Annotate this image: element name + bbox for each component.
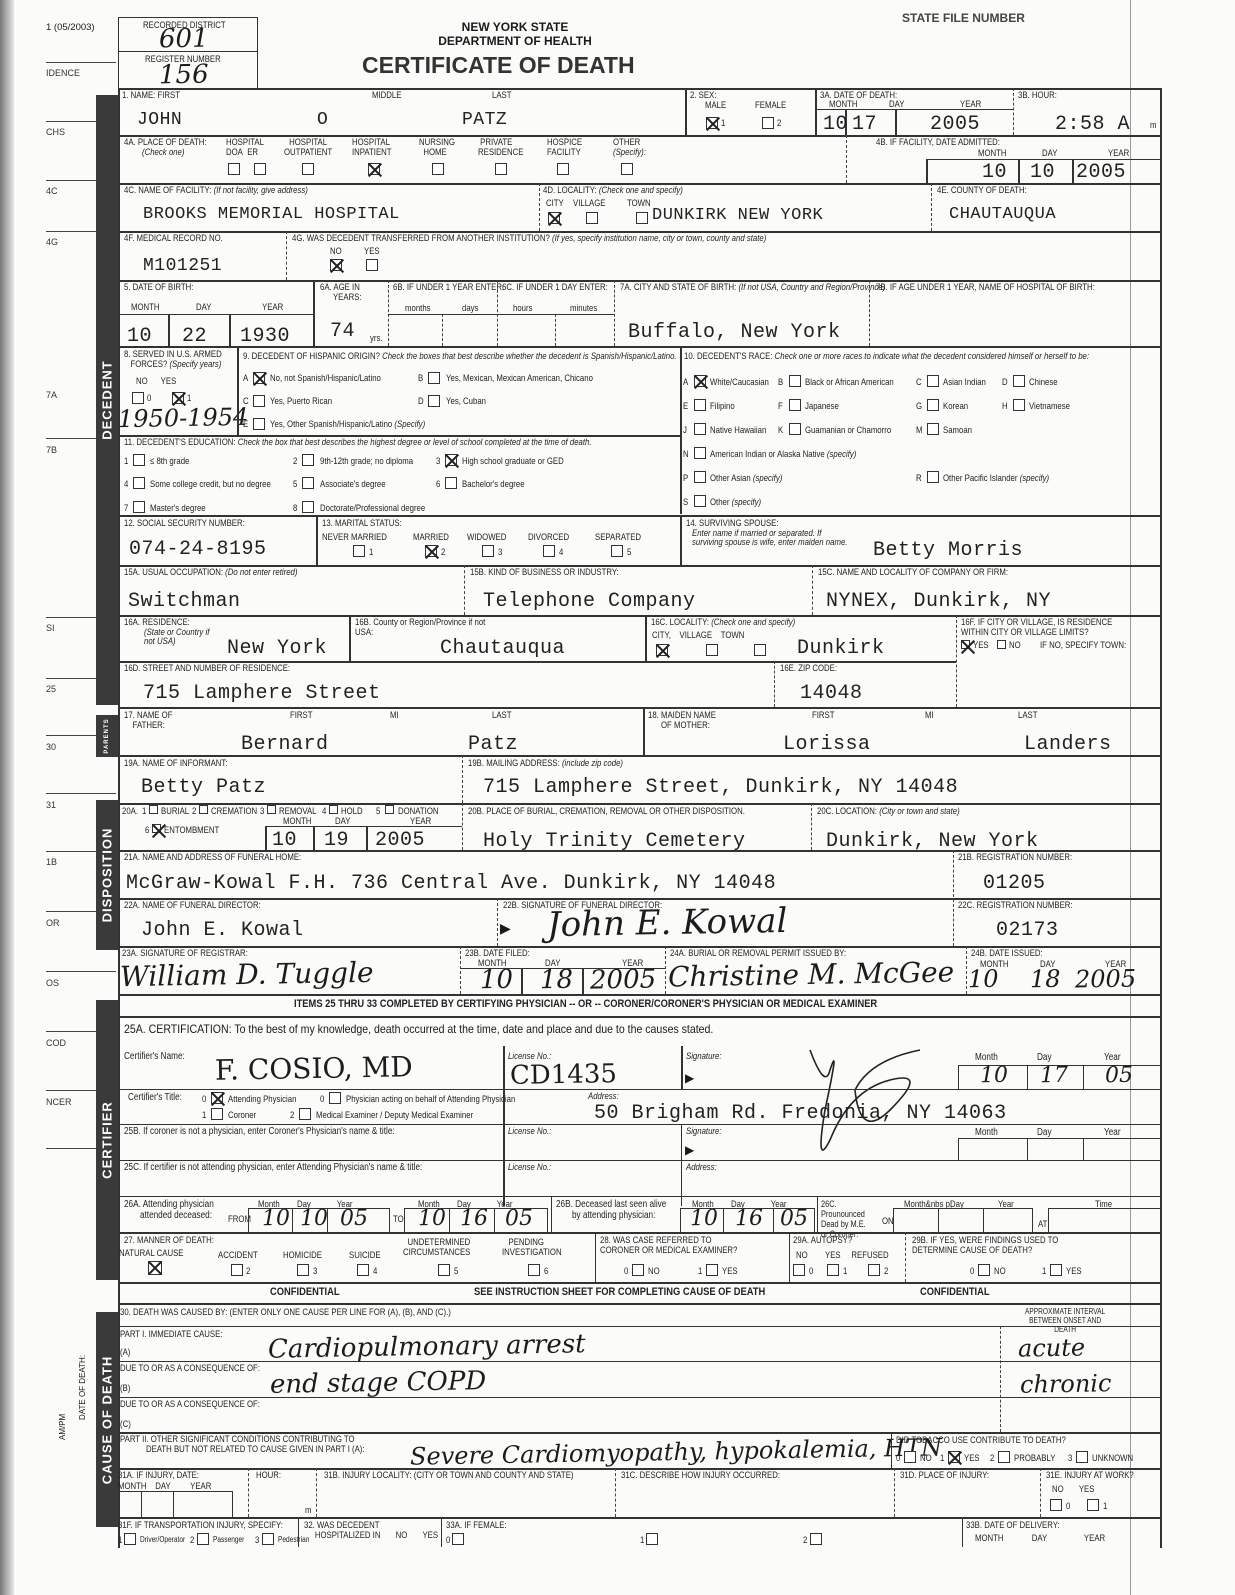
attended-from-month: 10 [262,1206,290,1231]
margin-label: NCER [46,1097,72,1107]
divider [723,1208,724,1232]
race-e-checkbox[interactable] [694,399,706,411]
row-divider [118,1016,1161,1018]
race-k-checkbox[interactable] [789,423,801,435]
margin-label: OR [46,918,60,928]
margin-rule [46,62,116,63]
informant-value: Betty Patz [141,776,266,799]
sign-date-year: 05 [1105,1063,1133,1088]
divider [614,280,615,346]
attended-from-day: 10 [300,1206,328,1231]
manner-suicide-label: SUICIDE [349,1250,381,1261]
divider [464,565,465,615]
female-pregnant-checkbox[interactable] [646,1533,658,1545]
row-divider [118,1517,1161,1519]
margin-label: 25 [46,684,56,694]
hispanic-label: 9. DECEDENT OF HISPANIC ORIGIN? Check th… [243,352,677,362]
date-of-death-day: 17 [852,113,877,136]
place-er-checkbox[interactable] [254,163,266,175]
education-2-checkbox[interactable] [302,454,314,466]
address-label: Address: [686,1162,717,1173]
place-other-checkbox[interactable] [621,163,633,175]
education-8-checkbox[interactable] [302,501,314,513]
divider [895,109,897,135]
divider [891,1432,892,1468]
disposition-year: 2005 [375,829,425,852]
sign-date-day: 17 [1040,1063,1068,1088]
disposition-removal-checkbox[interactable] [267,805,276,814]
divider [316,515,318,565]
divider [938,1208,939,1232]
name-middle-value: O [317,110,328,130]
residence-town-checkbox[interactable] [754,644,766,656]
title-attending-checkbox[interactable] [211,1092,223,1104]
form-right-border [1160,88,1162,1548]
divider [462,803,463,850]
certifier-address-value: 50 Brigham Rd. Fredonia, NY 14063 [594,1102,1007,1125]
under-1-day-label: 6C. IF UNDER 1 DAY ENTER: [502,283,608,293]
confidential-left: CONFIDENTIAL [270,1286,340,1298]
signature-arrow-icon: ▶ [685,1071,694,1085]
race-r-checkbox[interactable] [927,471,939,483]
registration-22c-label: 22C. REGISTRATION NUMBER: [958,901,1073,911]
margin-label: SI [46,623,55,633]
education-6-checkbox[interactable] [445,477,457,489]
referred-label: 28. WAS CASE REFERRED TO CORONER OR MEDI… [600,1236,752,1256]
row-divider [118,1326,1161,1327]
date-filed-day: 18 [540,965,574,996]
row-divider [118,1196,1161,1197]
margin-label: 30 [46,742,56,752]
race-f-checkbox[interactable] [789,399,801,411]
disposition-donation-checkbox[interactable] [385,805,394,814]
injury-work-yes-checkbox[interactable] [1087,1499,1099,1511]
cause-b-value: end stage COPD [270,1366,487,1400]
transport-driver-checkbox[interactable] [124,1533,136,1545]
divider [926,159,1161,160]
form-code: 1 (05/2003) [46,22,95,33]
dob-year: 1930 [240,325,290,348]
page-edge-line [1130,0,1131,1595]
education-4-checkbox[interactable] [133,477,145,489]
father-first-label: FIRST [290,711,313,721]
ampm-margin-label: AM/PM [58,1414,67,1440]
date-of-death-margin-label: DATE OF DEATH: [78,1355,87,1420]
findings-yes-checkbox[interactable] [1050,1264,1062,1276]
date-issued-label: 24B. DATE ISSUED: [971,949,1043,959]
divider [366,826,368,850]
birth-hospital-label: 7B. IF AGE UNDER 1 YEAR, NAME OF HOSPITA… [876,283,1095,293]
divider [1027,1138,1028,1161]
row-divider [118,1232,1161,1234]
race-label: 10. DECEDENT'S RACE: Check one or more r… [684,352,1089,362]
agency-header: NEW YORK STATE DEPARTMENT OF HEALTH [400,20,630,48]
cause-a-value: Cardiopulmonary arrest [268,1329,586,1365]
ssn-value: 074-24-8195 [129,538,267,561]
divider [292,1208,293,1232]
row-divider [118,1089,1161,1090]
female-not-pregnant-checkbox[interactable] [452,1533,464,1545]
education-5-checkbox[interactable] [302,477,314,489]
divider [497,898,498,946]
days-label: days [462,303,478,314]
certifier-name-value: F. COSIO, MD [215,1050,413,1086]
residence-hint: (State or Country if not USA) [144,628,210,646]
medical-record-label: 4F. MEDICAL RECORD NO. [124,234,223,244]
divider [551,1196,552,1232]
manner-suicide-checkbox[interactable] [357,1264,369,1276]
certification-statement: 25A. CERTIFICATION: To the best of my kn… [124,1022,713,1036]
place-hospital-outpatient-checkbox[interactable] [302,163,314,175]
locality-label: 4D. LOCALITY: (Check one and specify) [543,186,683,196]
disposition-place-label: 20B. PLACE OF BURIAL, CREMATION, REMOVAL… [468,807,745,817]
divider [521,968,523,994]
section-label: DECEDENT [100,360,115,440]
page-title: CERTIFICATE OF DEATH [362,52,635,79]
race-j-checkbox[interactable] [694,423,706,435]
marital-widowed-checkbox[interactable] [482,545,494,557]
divider [894,1468,895,1517]
locality-town-label: TOWN [627,198,651,209]
tobacco-no-checkbox[interactable] [904,1451,916,1463]
hispanic-a-checkbox[interactable] [253,372,265,384]
race-d-checkbox[interactable] [1013,375,1025,387]
disposition-day: 19 [324,829,349,852]
date-admitted-year: 2005 [1076,161,1126,184]
divider [388,280,389,346]
hispanic-b-checkbox[interactable] [428,372,440,384]
company-label: 15C. NAME AND LOCALITY OF COMPANY OR FIR… [818,568,1008,578]
transferred-no-checkbox[interactable] [330,259,342,271]
locality-town-checkbox[interactable] [636,212,648,224]
date-issued-year: 2005 [1075,964,1137,993]
marital-separated-checkbox[interactable] [611,545,623,557]
father-label: 17. NAME OF FATHER: [124,711,172,731]
name-last-value: PATZ [462,110,507,130]
day-label: Day [1037,1053,1052,1063]
divider [811,803,812,850]
director-value: John E. Kowal [141,919,304,942]
minutes-label: minutes [570,303,597,314]
locality-village-label: VILLAGE [573,198,605,209]
section-tab-parents: PARENTS [96,715,118,757]
divider [774,661,775,707]
date-filed-year: 2005 [590,964,657,995]
mother-first-value: Lorissa [783,733,871,756]
marital-never-checkbox[interactable] [353,545,365,557]
injury-locality-label: 31B. INJURY LOCALITY: (City or town and … [324,1471,573,1481]
agency-line-1: NEW YORK STATE [400,20,630,34]
transport-pedestrian-checkbox[interactable] [262,1533,274,1545]
divider [582,968,584,994]
transport-passenger-checkbox[interactable] [197,1533,209,1545]
date-filed-month: 10 [480,965,514,996]
city-limits-no-label: NO [1009,640,1021,651]
under-1-year-label: 6B. IF UNDER 1 YEAR ENTER: [393,283,504,293]
sex-male-checkbox[interactable] [706,117,718,129]
female-postpartum-checkbox[interactable] [810,1533,822,1545]
residence-county-value: Chautauqua [440,637,565,660]
row-divider [118,515,1161,517]
mother-last-value: Landers [1024,733,1112,756]
register-number-box: REGISTER NUMBER 156 [118,52,258,90]
divider [1083,1138,1084,1161]
transferred-yes-checkbox[interactable] [366,259,378,271]
marital-married-label: MARRIED [413,532,449,543]
city-limits-label: 16F. IF CITY OR VILLAGE, IS RESIDENCE WI… [961,618,1117,638]
month-label: MONTH [131,303,160,313]
divider [956,615,957,707]
row-divider [118,707,1161,709]
divider [173,1491,174,1517]
autopsy-refused-checkbox[interactable] [868,1264,880,1276]
attended-from-year: 05 [340,1206,368,1231]
divider [229,314,231,346]
divider [926,159,928,183]
armed-forces-yes-checkbox[interactable] [172,392,184,404]
dob-day: 22 [182,325,207,348]
part1-label: PART I. IMMEDIATE CAUSE: [120,1330,222,1340]
certifier-address-label: Address: [588,1091,619,1102]
date-of-death-year: 2005 [930,113,980,136]
cause-a-label: (A) [120,1347,130,1358]
margin-label: OS [46,978,59,988]
informant-label: 19A. NAME OF INFORMANT: [124,759,227,769]
place-hospice-facility-checkbox[interactable] [557,163,569,175]
tobacco-unknown-checkbox[interactable] [1076,1451,1088,1463]
divider [141,1491,142,1517]
last-seen-label: 26B. Deceased last seen alive by attendi… [556,1199,666,1221]
hispanic-e-checkbox[interactable] [253,418,265,430]
birthplace-value: Buffalo, New York [628,321,841,344]
divider [1083,1065,1084,1089]
manner-undetermined-checkbox[interactable] [438,1264,450,1276]
race-h-checkbox[interactable] [1013,399,1025,411]
margin-label: 1B [46,857,57,867]
disposition-cremation-checkbox[interactable] [199,805,208,814]
section-label: CERTIFIER [100,1101,115,1179]
residence-locality-label: 16C. LOCALITY: (Check one and specify) [651,618,795,628]
date-admitted-label: 4B. IF FACILITY, DATE ADMITTED: [876,138,1000,148]
director-label: 22A. NAME OF FUNERAL DIRECTOR: [124,901,261,911]
part2-label: PART II. OTHER SIGNIFICANT CONDITIONS CO… [120,1435,365,1455]
race-m-checkbox[interactable] [927,423,939,435]
certifier-name-label: Certifier's Name: [124,1052,185,1062]
marital-label: 13. MARITAL STATUS: [322,519,402,529]
divider [680,346,682,514]
race-s-checkbox[interactable] [694,495,706,507]
medical-record-value: M101251 [143,256,222,276]
title-coroner-checkbox[interactable] [211,1108,223,1120]
divider [665,946,666,994]
age-label: 6A. AGE IN YEARS: [320,283,362,303]
findings-label: 29B. IF YES, WERE FINDINGS USED TO DETER… [912,1236,1101,1256]
city-limits-yes-checkbox[interactable] [961,640,970,649]
divider [286,231,287,280]
marital-never-label: NEVER MARRIED [322,532,387,543]
race-c-checkbox[interactable] [927,375,939,387]
divider [539,183,540,231]
mother-last-label: LAST [1018,711,1037,721]
tobacco-probably-checkbox[interactable] [998,1451,1010,1463]
injury-work-no-checkbox[interactable] [1050,1499,1062,1511]
disposition-month: 10 [272,829,297,852]
day-label: Day [1037,1128,1052,1138]
divider [817,1196,818,1232]
race-n-checkbox[interactable] [694,447,706,459]
education-3-checkbox[interactable] [445,454,457,466]
row-divider [118,1124,1161,1125]
divider [812,565,813,615]
mother-label: 18. MAIDEN NAME OF MOTHER: [648,711,716,731]
armed-forces-years: 1950-1954 [118,403,249,433]
city-limits-no-checkbox[interactable] [997,640,1006,649]
locality-city-checkbox[interactable] [548,212,560,224]
industry-label: 15B. KIND OF BUSINESS OR INDUSTRY: [470,568,619,578]
registrar-signature[interactable]: William D. Tuggle [120,956,374,993]
mother-first-label: FIRST [812,711,835,721]
date-issued-month: 10 [968,965,999,994]
disposition-hold-checkbox[interactable] [329,805,338,814]
manner-natural-checkbox[interactable] [148,1261,162,1275]
registration-21b-value: 01205 [983,872,1046,895]
title-on-behalf-checkbox[interactable] [329,1092,341,1104]
autopsy-no-checkbox[interactable] [793,1264,805,1276]
tobacco-yes-checkbox[interactable] [948,1451,960,1463]
part2-value: Severe Cardiomyopathy, hypokalemia, HTN [410,1433,942,1470]
education-1-checkbox[interactable] [133,454,145,466]
disposition-entombment-checkbox[interactable] [152,824,161,833]
ssn-label: 12. SOCIAL SECURITY NUMBER: [124,519,245,529]
residence-village-checkbox[interactable] [706,644,718,656]
tobacco-label: DID TOBACCO USE CONTRIBUTE TO DEATH? [896,1436,1066,1446]
disposition-location-label: 20C. LOCATION: (City or town and state) [817,807,960,817]
permit-signature[interactable]: Christine M. McGee [668,956,955,994]
margin-rule [46,793,116,794]
injury-place-label: 31D. PLACE OF INJURY: [900,1471,989,1481]
mother-mi-label: MI [925,711,934,721]
manner-homicide-checkbox[interactable] [297,1264,309,1276]
last-seen-day: 16 [735,1206,763,1231]
divider [595,1232,596,1282]
divider [462,755,463,803]
divider [237,346,239,436]
dob-label: 5. DATE OF BIRTH: [124,283,193,293]
divider [298,1517,299,1547]
margin-label: IDENCE [46,68,80,78]
place-private-residence-checkbox[interactable] [495,163,507,175]
month-label: Month [975,1128,998,1138]
director-signature[interactable]: John E. Kowal [547,901,788,945]
signature-arrow-icon: ▶ [500,920,511,937]
race-p-checkbox[interactable] [694,471,706,483]
section-tab-cause-of-death: CAUSE OF DEATH [96,1312,118,1527]
referred-no-checkbox[interactable] [632,1264,644,1276]
divider [1027,1065,1028,1089]
referred-yes-checkbox[interactable] [706,1264,718,1276]
year-label: Year [1104,1053,1121,1063]
divider [460,946,461,994]
certifier-title-label: Certifier's Title: [128,1093,182,1103]
margin-label: CHS [46,127,65,137]
license-label: License No.: [508,1126,551,1137]
company-value: NYNEX, Dunkirk, NY [826,590,1051,613]
father-last-label: LAST [492,711,511,721]
sex-male-label: MALE [705,101,726,111]
autopsy-yes-checkbox[interactable] [827,1264,839,1276]
margin-rule [46,971,116,972]
race-a-checkbox[interactable] [694,375,706,387]
title-medical-examiner-checkbox[interactable] [299,1108,311,1120]
disposition-burial-checkbox[interactable] [149,805,158,814]
spouse-value: Betty Morris [873,539,1023,562]
education-7-checkbox[interactable] [133,501,145,513]
pronounced-date-box [893,1208,1033,1232]
section-tab-disposition: DISPOSITION [96,800,118,950]
divider [265,826,267,850]
cause-b-label: (B) [120,1383,130,1394]
place-hospital-doa-checkbox[interactable] [228,163,240,175]
last-seen-year: 05 [780,1206,808,1231]
mailing-value: 715 Lamphere Street, Dunkirk, NY 14048 [483,776,958,799]
divider [316,1468,317,1517]
hispanic-d-checkbox[interactable] [428,395,440,407]
scan-edge [0,0,14,1595]
month-label: Month [975,1053,998,1063]
attended-label: 26A. Attending physician attended deceas… [124,1199,214,1221]
residence-city-checkbox[interactable] [656,644,668,656]
locality-village-checkbox[interactable] [586,212,598,224]
hour-suffix: m [1150,120,1156,131]
disposition-method-label: 20A. [122,806,138,817]
divider [962,1517,963,1547]
to-label: TO [393,1214,404,1225]
agency-line-2: DEPARTMENT OF HEALTH [400,34,630,48]
instruction-note: SEE INSTRUCTION SHEET FOR COMPLETING CAU… [474,1286,765,1298]
hispanic-c-checkbox[interactable] [253,395,265,407]
race-b-checkbox[interactable] [789,375,801,387]
place-hospital-inpatient-checkbox[interactable] [368,163,380,175]
divider [681,1124,682,1206]
row-divider [118,1361,1161,1362]
interval-b-value: chronic [1020,1369,1112,1399]
sex-female-checkbox[interactable] [762,117,774,129]
place-nursing-home-checkbox[interactable] [432,163,444,175]
marital-divorced-checkbox[interactable] [543,545,555,557]
divider [1000,1326,1001,1432]
manner-pending-checkbox[interactable] [528,1264,540,1276]
section-label: CAUSE OF DEATH [100,1355,115,1484]
marital-widowed-label: WIDOWED [467,532,506,543]
certifier-banner: ITEMS 25 THRU 33 COMPLETED BY CERTIFYING… [294,998,877,1010]
recorded-district-box: RECORDED DISTRICT 601 [118,17,258,52]
manner-accident-checkbox[interactable] [231,1264,243,1276]
divider [442,314,443,346]
mailing-label: 19B. MAILING ADDRESS: (include zip code) [468,759,623,769]
divider [905,1232,906,1282]
date-of-death-month: 10 [823,113,848,136]
findings-no-checkbox[interactable] [978,1264,990,1276]
race-g-checkbox[interactable] [927,399,939,411]
residence-state-value: New York [227,637,327,660]
margin-label: 7A [46,390,57,400]
armed-forces-no-checkbox[interactable] [132,392,144,404]
marital-married-checkbox[interactable] [425,545,437,557]
manner-accident-label: ACCIDENT [218,1250,258,1261]
row-divider [118,1160,1161,1161]
interval-a-value: acute [1018,1333,1086,1362]
divider [1013,88,1014,135]
